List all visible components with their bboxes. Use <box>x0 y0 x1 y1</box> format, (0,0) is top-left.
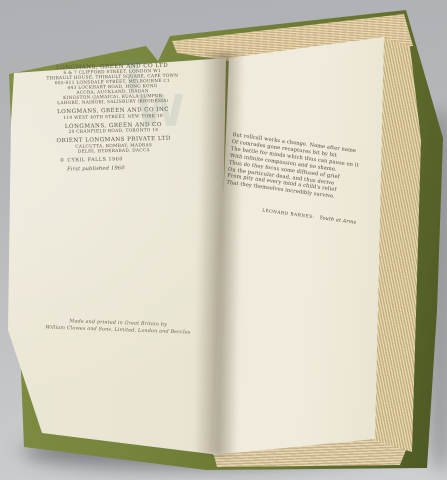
edition-line: First published 1960 <box>67 165 125 172</box>
gutter-shadow <box>193 52 244 457</box>
copyright-line: © CYRIL FALLS 1960 <box>60 157 125 163</box>
book-photo-scene: T W LONGMANS, GREEN AND CO LTD 6 & 7 CLI… <box>0 0 447 480</box>
copyright-block: © CYRIL FALLS 1960 First published 1960 <box>60 157 125 172</box>
publisher-imprint-block: LONGMANS, GREEN AND CO LTD 6 & 7 CLIFFOR… <box>27 62 199 155</box>
